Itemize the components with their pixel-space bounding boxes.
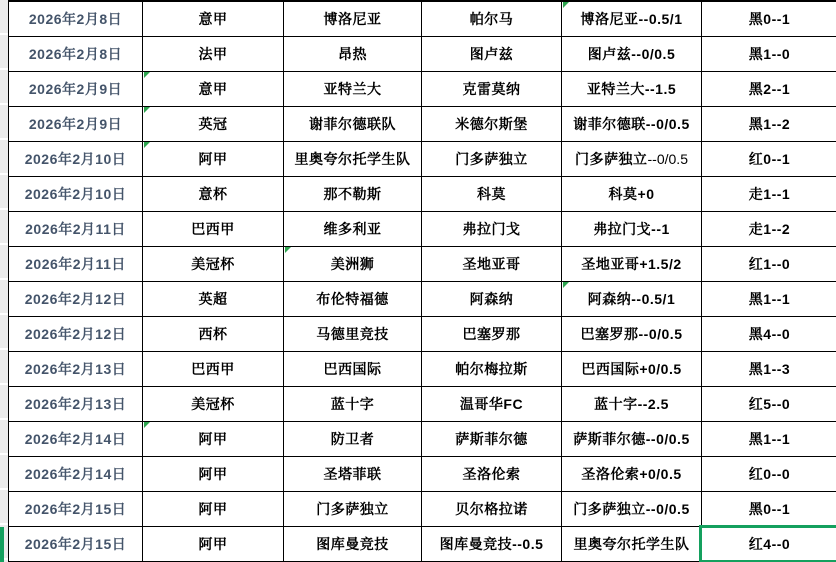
table-cell-home[interactable]: 博洛尼亚 (284, 2, 422, 37)
table-cell-result[interactable]: 黑1--3 (702, 352, 836, 387)
table-row: 2026年2月8日法甲昂热图卢兹图卢兹--0/0.5黑1--0 (9, 37, 836, 72)
handicap-text: 巴塞罗那--0/0.5 (581, 324, 683, 344)
handicap-text: 门多萨独立--0/0.5 (573, 499, 689, 519)
table-cell-away[interactable]: 门多萨独立 (422, 142, 562, 177)
spreadsheet-viewport: 2026年2月8日意甲博洛尼亚帕尔马博洛尼亚--0.5/1黑0--12026年2… (0, 0, 836, 562)
handicap-text: 门多萨独立 (575, 149, 648, 169)
league-text: 意甲 (199, 9, 228, 29)
table-cell-handicap[interactable]: 博洛尼亚--0.5/1 (562, 2, 702, 37)
table-cell-away[interactable]: 弗拉门戈 (422, 212, 562, 247)
table-cell-home[interactable]: 马德里竞技 (284, 317, 422, 352)
error-check-triangle-icon (144, 107, 150, 113)
table-row: 2026年2月12日英超布伦特福德阿森纳阿森纳--0.5/1黑1--1 (9, 282, 836, 317)
table-cell-away[interactable]: 圣地亚哥 (422, 247, 562, 282)
date-text: 2026年2月13日 (25, 359, 127, 379)
table-row: 2026年2月9日英冠谢菲尔德联队米德尔斯堡谢菲尔德联--0/0.5黑1--2 (9, 107, 836, 142)
table-cell-league[interactable]: 阿甲 (143, 492, 284, 527)
away-text: 温哥华FC (460, 394, 523, 414)
table-cell-handicap[interactable]: 圣洛伦索+0/0.5 (562, 457, 702, 492)
table-cell-handicap[interactable]: 弗拉门戈--1 (562, 212, 702, 247)
handicap-text: 阿森纳--0.5/1 (588, 289, 675, 309)
league-text: 阿甲 (199, 499, 228, 519)
table-cell-away[interactable]: 帕尔梅拉斯 (422, 352, 562, 387)
handicap-text: 巴西国际+0/0.5 (581, 359, 681, 379)
table-cell-result[interactable]: 黑1--1 (702, 282, 836, 317)
away-text: 科莫 (477, 184, 506, 204)
table-cell-away[interactable]: 阿森纳 (422, 282, 562, 317)
result-text: 走1--2 (749, 219, 790, 239)
away-text: 萨斯菲尔德 (455, 429, 528, 449)
away-text: 米德尔斯堡 (455, 114, 528, 134)
table-cell-date[interactable]: 2026年2月8日 (9, 2, 143, 37)
table-cell-result[interactable]: 红5--0 (702, 387, 836, 422)
away-text: 门多萨独立 (455, 149, 528, 169)
away-text: 弗拉门戈 (463, 219, 521, 239)
home-text: 防卫者 (331, 429, 375, 449)
table-cell-date[interactable]: 2026年2月14日 (9, 422, 143, 457)
table-cell-away[interactable]: 图库曼竞技--0.5 (422, 527, 562, 562)
handicap-text: 圣地亚哥+1.5/2 (581, 254, 681, 274)
home-text: 那不勒斯 (324, 184, 382, 204)
home-text: 马德里竞技 (316, 324, 389, 344)
league-text: 意杯 (199, 184, 228, 204)
date-text: 2026年2月12日 (25, 324, 127, 344)
league-text: 巴西甲 (191, 219, 235, 239)
date-text: 2026年2月9日 (29, 114, 122, 134)
table-cell-home[interactable]: 谢菲尔德联队 (284, 107, 422, 142)
table-cell-handicap[interactable]: 圣地亚哥+1.5/2 (562, 247, 702, 282)
handicap-plain-suffix: --0/0.5 (648, 151, 688, 167)
result-text: 黑0--1 (749, 499, 790, 519)
date-text: 2026年2月15日 (25, 499, 127, 519)
table-cell-home[interactable]: 里奥夸尔托学生队 (284, 142, 422, 177)
table-cell-home[interactable]: 图库曼竞技 (284, 527, 422, 562)
date-text: 2026年2月10日 (25, 184, 127, 204)
table-row: 2026年2月11日美冠杯美洲狮圣地亚哥圣地亚哥+1.5/2红1--0 (9, 247, 836, 282)
home-text: 圣塔菲联 (324, 464, 382, 484)
table-cell-league[interactable]: 西杯 (143, 317, 284, 352)
date-text: 2026年2月11日 (25, 254, 126, 274)
error-check-triangle-icon (144, 142, 150, 148)
table-cell-away[interactable]: 帕尔马 (422, 2, 562, 37)
table-cell-handicap[interactable]: 萨斯菲尔德--0/0.5 (562, 422, 702, 457)
result-text: 走1--1 (749, 184, 790, 204)
table-cell-result[interactable]: 红0--0 (702, 457, 836, 492)
table-row: 2026年2月15日阿甲图库曼竞技图库曼竞技--0.5里奥夸尔托学生队红4--0 (9, 527, 836, 562)
table-cell-home[interactable]: 维多利亚 (284, 212, 422, 247)
league-text: 美冠杯 (191, 394, 235, 414)
error-check-triangle-icon (285, 247, 291, 253)
away-text: 帕尔梅拉斯 (455, 359, 528, 379)
table-cell-date[interactable]: 2026年2月13日 (9, 387, 143, 422)
table-cell-date[interactable]: 2026年2月10日 (9, 142, 143, 177)
table-cell-date[interactable]: 2026年2月10日 (9, 177, 143, 212)
table-cell-away[interactable]: 克雷莫纳 (422, 72, 562, 107)
table-cell-league[interactable]: 阿甲 (143, 527, 284, 562)
error-check-triangle-icon (563, 282, 569, 288)
table-cell-away[interactable]: 米德尔斯堡 (422, 107, 562, 142)
row-header-strip (0, 0, 8, 562)
table-cell-league[interactable]: 英超 (143, 282, 284, 317)
result-text: 红5--0 (749, 394, 790, 414)
home-text: 博洛尼亚 (324, 9, 382, 29)
table-cell-home[interactable]: 布伦特福德 (284, 282, 422, 317)
table-cell-league[interactable]: 意甲 (143, 72, 284, 107)
table-cell-league[interactable]: 美冠杯 (143, 387, 284, 422)
league-text: 英冠 (199, 114, 228, 134)
table-cell-date[interactable]: 2026年2月9日 (9, 72, 143, 107)
table-cell-home[interactable]: 亚特兰大 (284, 72, 422, 107)
handicap-text: 亚特兰大--1.5 (587, 79, 676, 99)
table-cell-date[interactable]: 2026年2月8日 (9, 37, 143, 72)
result-text: 黑4--0 (749, 324, 790, 344)
result-text: 黑1--1 (749, 429, 790, 449)
away-text: 图库曼竞技--0.5 (440, 534, 544, 554)
table-row: 2026年2月10日阿甲里奥夸尔托学生队门多萨独立门多萨独立--0/0.5红0-… (9, 142, 836, 177)
home-text: 巴西国际 (324, 359, 382, 379)
table-row: 2026年2月13日美冠杯蓝十字温哥华FC蓝十字--2.5红5--0 (9, 387, 836, 422)
result-text: 黑1--1 (749, 289, 790, 309)
league-text: 意甲 (199, 79, 228, 99)
table-cell-home[interactable]: 圣塔菲联 (284, 457, 422, 492)
handicap-text: 萨斯菲尔德--0/0.5 (573, 429, 689, 449)
table-cell-handicap[interactable]: 图卢兹--0/0.5 (562, 37, 702, 72)
date-text: 2026年2月9日 (29, 79, 122, 99)
match-table: 2026年2月8日意甲博洛尼亚帕尔马博洛尼亚--0.5/1黑0--12026年2… (8, 0, 836, 562)
table-cell-result[interactable]: 走1--1 (702, 177, 836, 212)
league-text: 英超 (199, 289, 228, 309)
home-text: 门多萨独立 (316, 499, 389, 519)
away-text: 阿森纳 (470, 289, 514, 309)
date-text: 2026年2月8日 (29, 9, 122, 29)
date-text: 2026年2月14日 (25, 429, 127, 449)
table-cell-result[interactable]: 走1--2 (702, 212, 836, 247)
result-text: 黑0--1 (749, 9, 790, 29)
away-text: 图卢兹 (470, 44, 514, 64)
table-cell-handicap[interactable]: 里奥夸尔托学生队 (562, 527, 702, 562)
table-cell-date[interactable]: 2026年2月15日 (9, 527, 143, 562)
handicap-text: 蓝十字--2.5 (594, 394, 669, 414)
date-text: 2026年2月10日 (25, 149, 127, 169)
away-text: 圣洛伦索 (463, 464, 521, 484)
table-cell-result[interactable]: 红1--0 (702, 247, 836, 282)
table-cell-home[interactable]: 门多萨独立 (284, 492, 422, 527)
table-cell-league[interactable]: 阿甲 (143, 457, 284, 492)
table-row: 2026年2月14日阿甲圣塔菲联圣洛伦索圣洛伦索+0/0.5红0--0 (9, 457, 836, 492)
table-cell-handicap[interactable]: 谢菲尔德联--0/0.5 (562, 107, 702, 142)
home-text: 图库曼竞技 (316, 534, 389, 554)
date-text: 2026年2月15日 (25, 534, 127, 554)
table-cell-result[interactable]: 红4--0 (702, 527, 836, 562)
table-cell-date[interactable]: 2026年2月14日 (9, 457, 143, 492)
result-text: 黑1--0 (749, 44, 790, 64)
league-text: 阿甲 (199, 464, 228, 484)
table-cell-league[interactable]: 巴西甲 (143, 212, 284, 247)
away-text: 帕尔马 (470, 9, 514, 29)
table-cell-away[interactable]: 科莫 (422, 177, 562, 212)
table-cell-home[interactable]: 蓝十字 (284, 387, 422, 422)
table-cell-league[interactable]: 阿甲 (143, 422, 284, 457)
table-cell-date[interactable]: 2026年2月11日 (9, 212, 143, 247)
league-text: 巴西甲 (191, 359, 235, 379)
table-cell-result[interactable]: 黑0--1 (702, 492, 836, 527)
table-cell-home[interactable]: 防卫者 (284, 422, 422, 457)
table-cell-league[interactable]: 英冠 (143, 107, 284, 142)
table-cell-away[interactable]: 贝尔格拉诺 (422, 492, 562, 527)
table-cell-home[interactable]: 美洲狮 (284, 247, 422, 282)
table-cell-handicap[interactable]: 巴西国际+0/0.5 (562, 352, 702, 387)
table-cell-date[interactable]: 2026年2月12日 (9, 317, 143, 352)
table-cell-date[interactable]: 2026年2月9日 (9, 107, 143, 142)
handicap-text: 里奥夸尔托学生队 (574, 534, 690, 554)
result-text: 红0--1 (749, 149, 790, 169)
table-cell-result[interactable]: 黑1--0 (702, 37, 836, 72)
table-cell-handicap[interactable]: 门多萨独立--0/0.5 (562, 142, 702, 177)
result-text: 黑1--3 (749, 359, 790, 379)
table-cell-date[interactable]: 2026年2月13日 (9, 352, 143, 387)
handicap-text: 图卢兹--0/0.5 (588, 44, 675, 64)
away-text: 圣地亚哥 (463, 254, 521, 274)
handicap-text: 圣洛伦索+0/0.5 (581, 464, 681, 484)
result-text: 红4--0 (749, 534, 790, 554)
handicap-text: 弗拉门戈--1 (593, 219, 670, 239)
table-cell-result[interactable]: 黑0--1 (702, 2, 836, 37)
table-cell-date[interactable]: 2026年2月15日 (9, 492, 143, 527)
table-cell-league[interactable]: 法甲 (143, 37, 284, 72)
table-cell-league[interactable]: 意杯 (143, 177, 284, 212)
table-row: 2026年2月15日阿甲门多萨独立贝尔格拉诺门多萨独立--0/0.5黑0--1 (9, 492, 836, 527)
league-text: 法甲 (199, 44, 228, 64)
table-cell-away[interactable]: 巴塞罗那 (422, 317, 562, 352)
error-check-triangle-icon (563, 2, 569, 8)
table-cell-away[interactable]: 温哥华FC (422, 387, 562, 422)
table-row: 2026年2月10日意杯那不勒斯科莫科莫+0走1--1 (9, 177, 836, 212)
home-text: 布伦特福德 (316, 289, 389, 309)
table-cell-result[interactable]: 黑1--2 (702, 107, 836, 142)
table-cell-away[interactable]: 圣洛伦索 (422, 457, 562, 492)
result-text: 红0--0 (749, 464, 790, 484)
away-text: 克雷莫纳 (463, 79, 521, 99)
handicap-text: 谢菲尔德联--0/0.5 (573, 114, 689, 134)
table-row: 2026年2月11日巴西甲维多利亚弗拉门戈弗拉门戈--1走1--2 (9, 212, 836, 247)
table-cell-home[interactable]: 巴西国际 (284, 352, 422, 387)
date-text: 2026年2月11日 (25, 219, 126, 239)
away-text: 贝尔格拉诺 (455, 499, 528, 519)
table-cell-date[interactable]: 2026年2月11日 (9, 247, 143, 282)
result-text: 黑2--1 (749, 79, 790, 99)
league-text: 美冠杯 (191, 254, 235, 274)
table-cell-away[interactable]: 萨斯菲尔德 (422, 422, 562, 457)
result-text: 黑1--2 (749, 114, 790, 134)
table-row: 2026年2月13日巴西甲巴西国际帕尔梅拉斯巴西国际+0/0.5黑1--3 (9, 352, 836, 387)
table-cell-handicap[interactable]: 亚特兰大--1.5 (562, 72, 702, 107)
date-text: 2026年2月12日 (25, 289, 127, 309)
table-cell-home[interactable]: 昂热 (284, 37, 422, 72)
table-cell-league[interactable]: 意甲 (143, 2, 284, 37)
error-check-triangle-icon (144, 72, 150, 78)
error-check-triangle-icon (144, 422, 150, 428)
table-cell-league[interactable]: 巴西甲 (143, 352, 284, 387)
table-cell-away[interactable]: 图卢兹 (422, 37, 562, 72)
home-text: 美洲狮 (331, 254, 375, 274)
table-row: 2026年2月9日意甲亚特兰大克雷莫纳亚特兰大--1.5黑2--1 (9, 72, 836, 107)
league-text: 阿甲 (199, 534, 228, 554)
table-row: 2026年2月14日阿甲防卫者萨斯菲尔德萨斯菲尔德--0/0.5黑1--1 (9, 422, 836, 457)
table-row: 2026年2月12日西杯马德里竞技巴塞罗那巴塞罗那--0/0.5黑4--0 (9, 317, 836, 352)
away-text: 巴塞罗那 (463, 324, 521, 344)
table-cell-home[interactable]: 那不勒斯 (284, 177, 422, 212)
league-text: 西杯 (199, 324, 228, 344)
table-cell-date[interactable]: 2026年2月12日 (9, 282, 143, 317)
table-cell-result[interactable]: 红0--1 (702, 142, 836, 177)
table-cell-handicap[interactable]: 阿森纳--0.5/1 (562, 282, 702, 317)
table-cell-handicap[interactable]: 科莫+0 (562, 177, 702, 212)
table-cell-result[interactable]: 黑4--0 (702, 317, 836, 352)
table-cell-result[interactable]: 黑1--1 (702, 422, 836, 457)
home-text: 维多利亚 (324, 219, 382, 239)
table-cell-league[interactable]: 阿甲 (143, 142, 284, 177)
handicap-text: 博洛尼亚--0.5/1 (581, 9, 683, 29)
date-text: 2026年2月13日 (25, 394, 127, 414)
table-row: 2026年2月8日意甲博洛尼亚帕尔马博洛尼亚--0.5/1黑0--1 (9, 2, 836, 37)
home-text: 蓝十字 (331, 394, 375, 414)
result-text: 红1--0 (749, 254, 790, 274)
date-text: 2026年2月8日 (29, 44, 122, 64)
table-cell-handicap[interactable]: 蓝十字--2.5 (562, 387, 702, 422)
home-text: 谢菲尔德联队 (309, 114, 396, 134)
handicap-text: 科莫+0 (609, 184, 655, 204)
league-text: 阿甲 (199, 429, 228, 449)
table-cell-result[interactable]: 黑2--1 (702, 72, 836, 107)
home-text: 昂热 (338, 44, 367, 64)
date-text: 2026年2月14日 (25, 464, 127, 484)
league-text: 阿甲 (199, 149, 228, 169)
home-text: 亚特兰大 (324, 79, 382, 99)
table-cell-handicap[interactable]: 门多萨独立--0/0.5 (562, 492, 702, 527)
home-text: 里奥夸尔托学生队 (295, 149, 411, 169)
selected-row-indicator (0, 527, 4, 562)
table-cell-league[interactable]: 美冠杯 (143, 247, 284, 282)
table-cell-handicap[interactable]: 巴塞罗那--0/0.5 (562, 317, 702, 352)
